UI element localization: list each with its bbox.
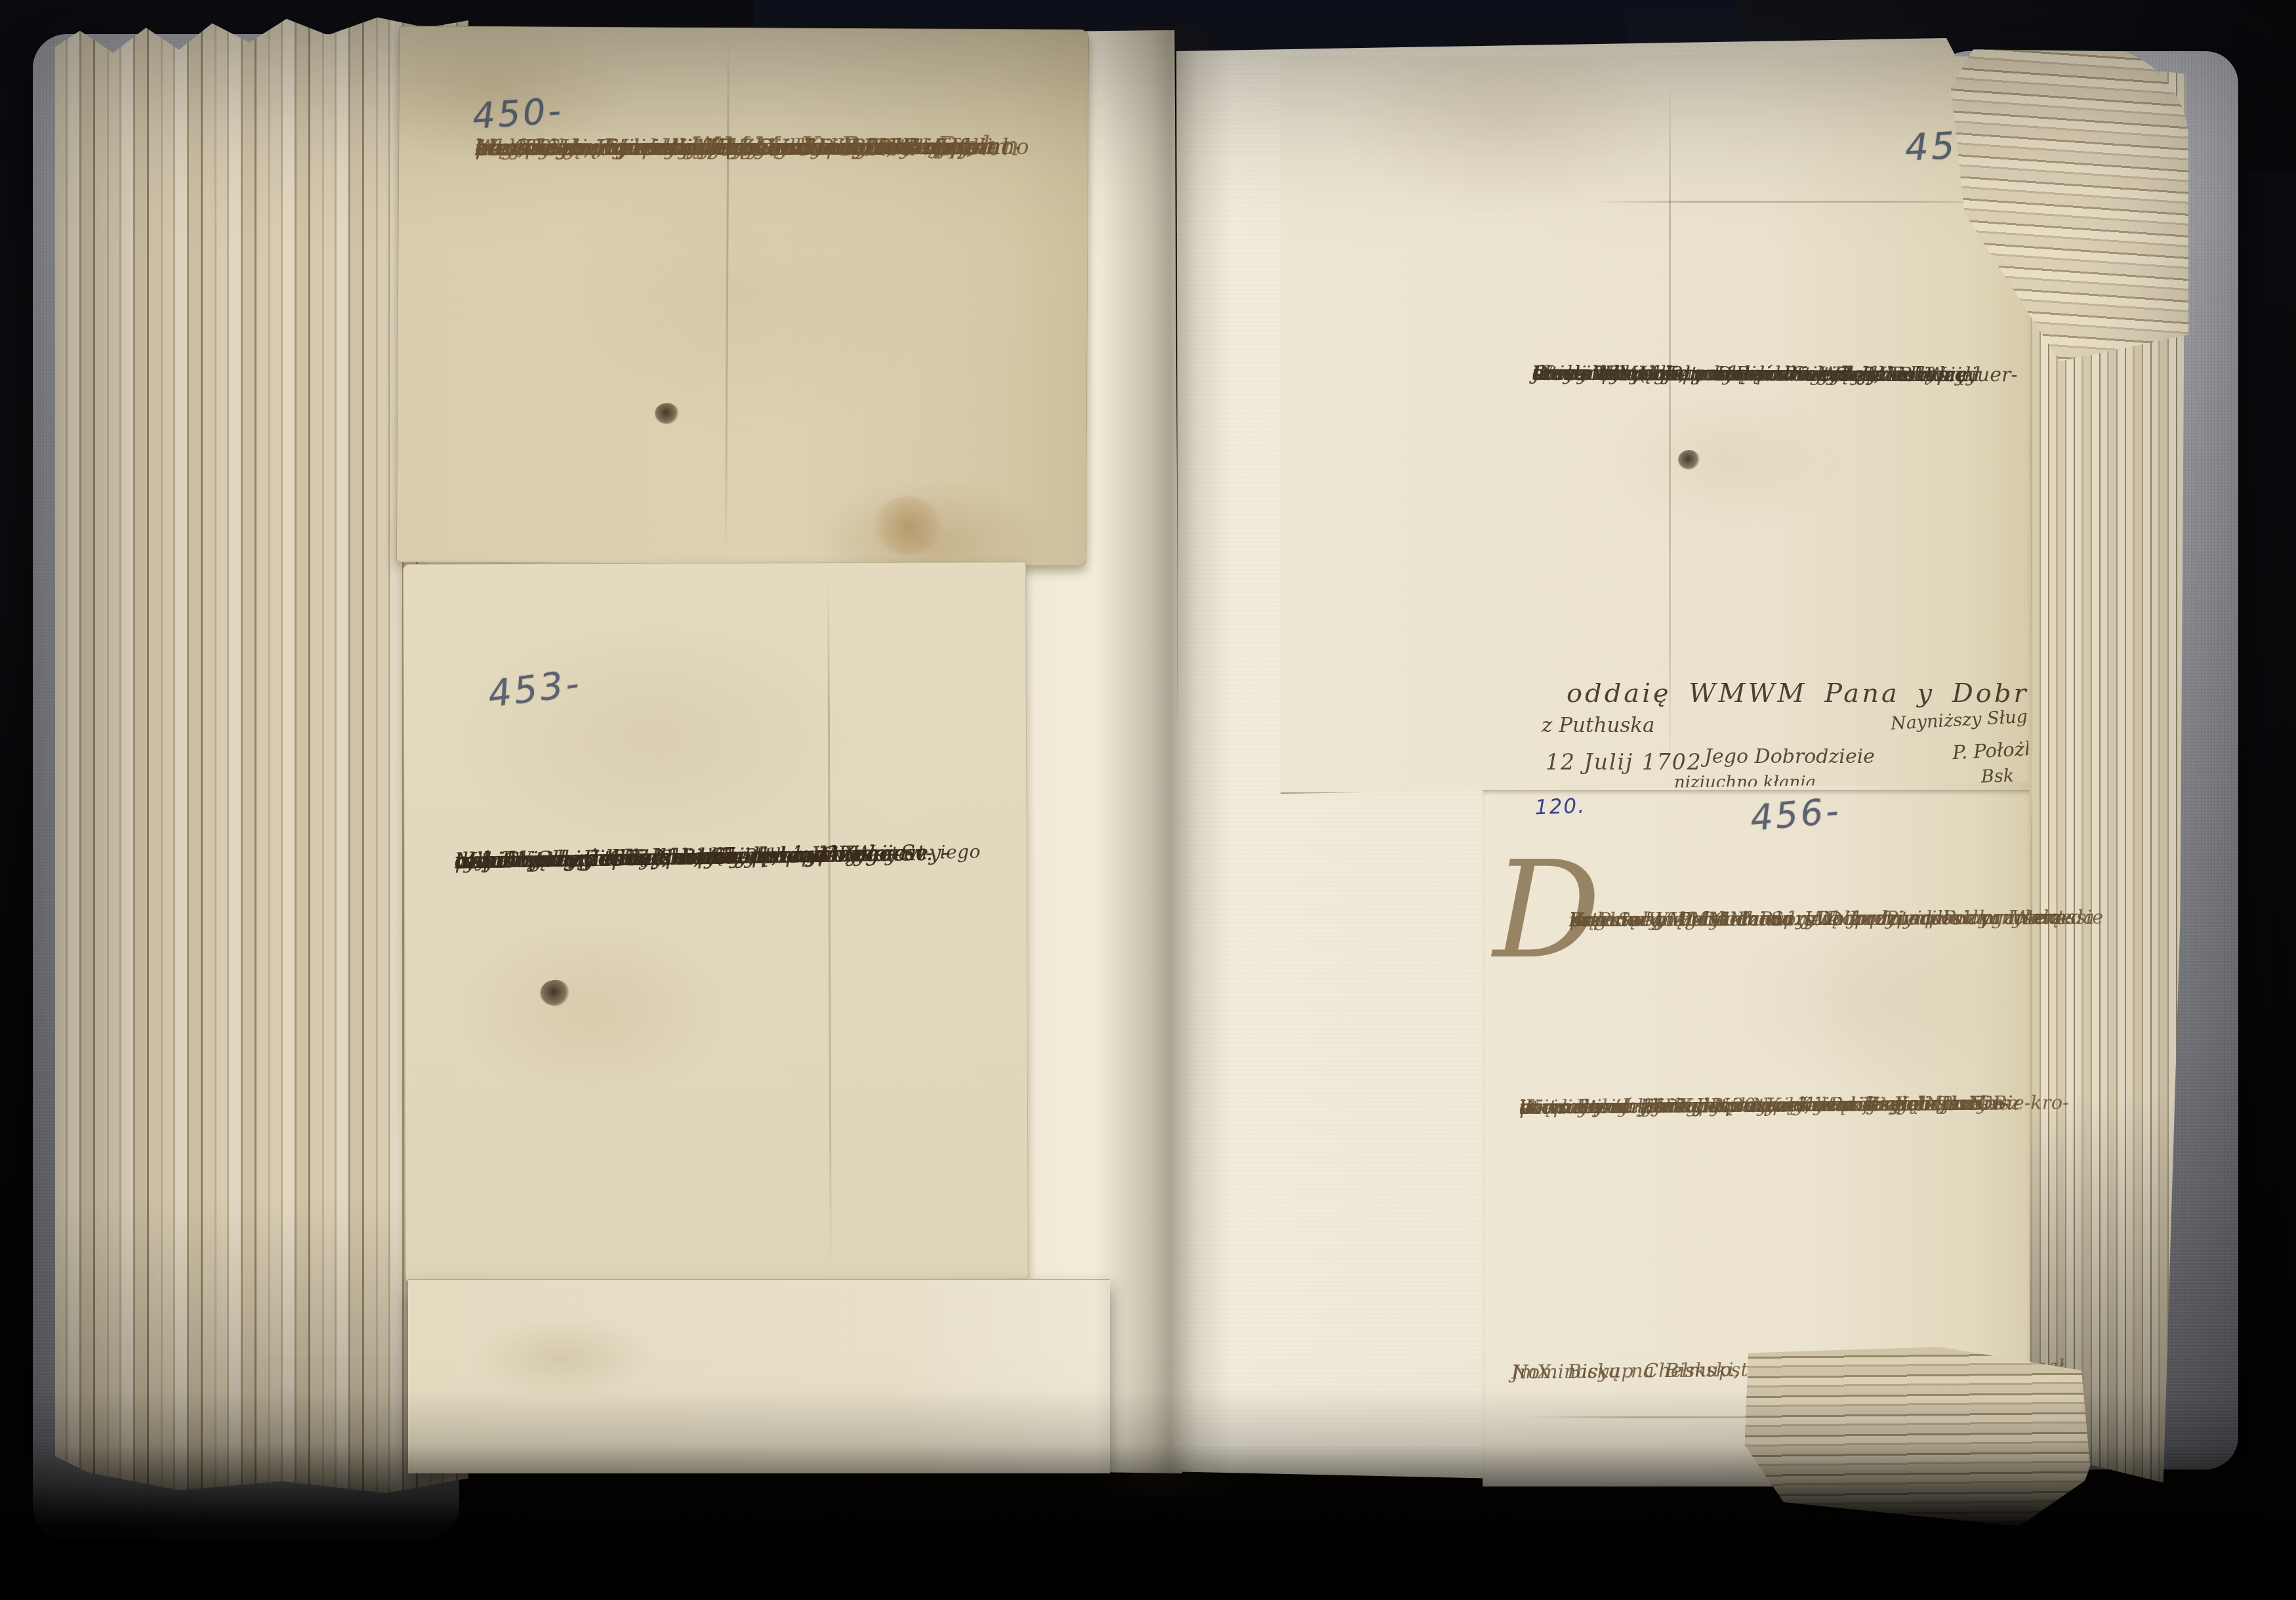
paper-crease [1669,76,1671,771]
handwriting-line: przeciwko Pu Gemowi. [1569,905,1799,933]
handwriting-line: abym ię wyiechał, kiedy tu nemo curat. [455,836,933,878]
archival-blue-number: 120. [1534,794,1586,820]
pasted-letter-450: 450- pompy y obaradosci bo w ubierze Ref… [396,26,1089,565]
paper-crease [725,36,729,554]
handwriting-line: WMM X Pana Dehn [691,133,1022,161]
ink-blot [540,980,570,1006]
letter-454-date: 12 Julij 1702 [1546,749,1702,775]
ink-blot [1678,450,1700,470]
letter-453-text: krwie pod Brzostowicą, a potym Sey-mik W… [455,834,1032,844]
letter-456-paragraph-1: ziękuię WMMM Panu y Dobrodzieiowi zalist… [1569,904,2081,907]
pasted-letter-454: 454- Owey zas oblaty niemasz w Grodnie W… [1281,56,2028,794]
pencil-folio-number-453: 453- [485,662,584,716]
ink-blot [655,403,680,424]
pasted-letter-453: 453- krwie pod Brzostowicą, a potym Sey-… [403,562,1029,1281]
handwriting-line: sa sentiunt. Ja zas niedomienney te lepi… [1532,360,1967,389]
letter-454-signoff-1: Nayniższy Sługa [1890,706,2038,734]
letter-456-paragraph-2: W rozne teraznieyszą szczęśliwie zaczęli… [1519,1089,2070,1094]
paper-crease [827,576,832,1265]
pencil-folio-number-450: 450- [472,90,565,137]
letter-454-place: z Puthuska [1542,714,1655,737]
archive-book-photo: 450- pompy y obaradosci bo w ubierze Ref… [0,0,2296,1600]
letter-454-valediction-1: Jego Dobrodzieie [1704,745,1875,768]
book-gutter-shadow [1094,26,1232,1496]
handwriting-line: poris ktory idzie in pretium acquisita: [1519,1091,1906,1121]
pencil-folio-number-456: 456- [1749,790,1843,839]
bottom-shadow [0,1389,2296,1600]
letter-454-text: Owey zas oblaty niemasz w Grodnie War-sz… [1532,360,2024,362]
letter-450-text: pompy y obaradosci bo w ubierze Reformac… [475,133,1105,134]
paper-crease [1589,201,2022,203]
paper-stain [872,496,944,556]
